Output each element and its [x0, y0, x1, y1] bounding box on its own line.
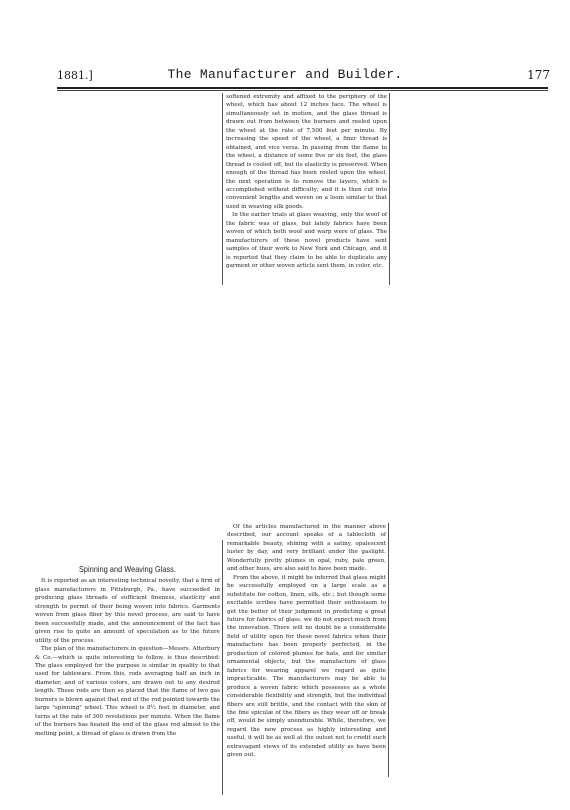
paragraph: From the above, it might be inferred tha…: [227, 574, 386, 760]
article-title: Spinning and Weaving Glass.: [49, 565, 206, 573]
article-column-middle: Of the articles manufactured in the mann…: [225, 523, 389, 777]
page-number: 177: [527, 68, 550, 82]
paragraph: The plan of the manufacturers in questio…: [35, 645, 220, 738]
paragraph: In the earlier trials at glass weaving, …: [226, 211, 387, 270]
header-rule-thick: [57, 87, 548, 89]
journal-title: The Manufacturer and Builder.: [0, 67, 570, 82]
paragraph: softened extremity and affixed to the pe…: [226, 93, 387, 211]
continued-text-block: softened extremity and affixed to the pe…: [222, 93, 390, 285]
paragraph: Of the articles manufactured in the mann…: [227, 523, 386, 574]
header-rule-thin: [57, 90, 548, 91]
article-column-left: Spinning and Weaving Glass. It is report…: [35, 540, 223, 795]
paragraph: It is reported as an interesting technic…: [35, 577, 220, 645]
